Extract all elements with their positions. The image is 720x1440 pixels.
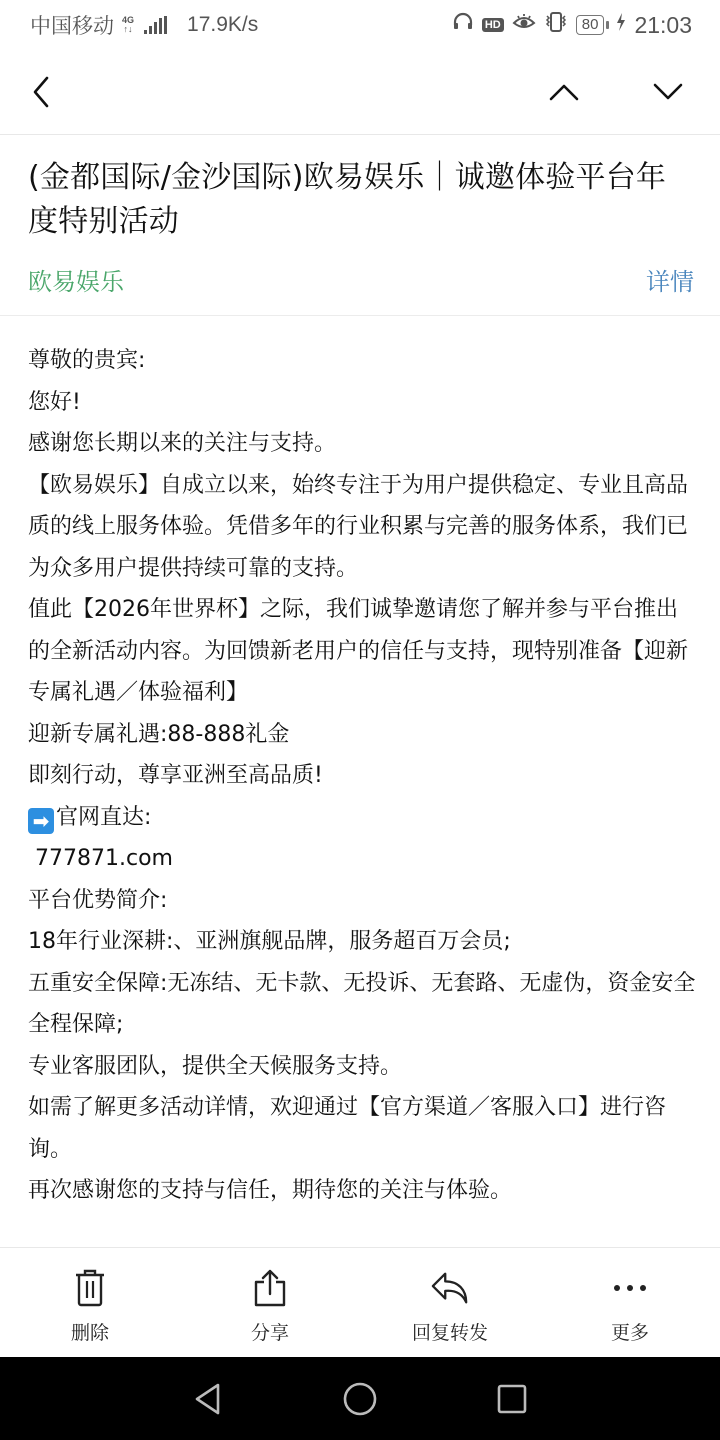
reply-forward-label: 回复转发 (412, 1318, 488, 1345)
sender-name[interactable]: 欧易娱乐 (28, 262, 124, 297)
details-link[interactable]: 详情 (646, 262, 694, 297)
battery-icon: 80 (576, 15, 605, 35)
network-type-icon: 4G↑↓ (122, 16, 134, 34)
share-label: 分享 (251, 1318, 289, 1345)
chevron-down-icon (652, 82, 684, 102)
body-line: 值此【2026年世界杯】之际，我们诚挚邀请您了解并参与平台推出的全新活动内容。为… (28, 589, 696, 714)
circle-home-icon (342, 1381, 378, 1417)
reply-icon (430, 1268, 470, 1308)
vibrate-icon (544, 11, 568, 39)
body-line: 即刻行动，尊享亚洲至高品质! (28, 755, 696, 797)
body-line: 【欧易娱乐】自成立以来，始终专注于为用户提供稳定、专业且高品质的线上服务体验。凭… (28, 465, 696, 590)
nav-home-button[interactable] (338, 1377, 382, 1421)
website-link[interactable]: 777871.com (28, 838, 696, 880)
body-line: 五重安全保障:无冻结、无卡款、无投诉、无套路、无虚伪，资金安全全程保障; (28, 963, 696, 1046)
triangle-back-icon (193, 1382, 223, 1416)
reply-forward-button[interactable]: 回复转发 (360, 1248, 540, 1357)
bottom-action-bar: 删除 分享 回复转发 更多 (0, 1247, 720, 1357)
more-button[interactable]: 更多 (540, 1248, 720, 1357)
body-line: 18年行业深耕:、亚洲旗舰品牌，服务超百万会员; (28, 921, 696, 963)
signal-strength-icon (144, 16, 167, 34)
body-line: 迎新专属礼遇:88-888礼金 (28, 714, 696, 756)
body-line: 您好! (28, 382, 696, 424)
top-toolbar (0, 50, 720, 135)
previous-email-button[interactable] (542, 70, 586, 114)
body-line: 如需了解更多活动详情，欢迎通过【官方渠道／客服入口】进行咨询。 (28, 1087, 696, 1170)
hd-icon: HD (482, 18, 504, 32)
official-site-label: 官网直达: (56, 805, 151, 830)
share-button[interactable]: 分享 (180, 1248, 360, 1357)
eye-comfort-icon (512, 12, 536, 38)
charging-icon (616, 13, 626, 37)
body-line: 感谢您长期以来的关注与支持。 (28, 423, 696, 465)
email-subject: (金都国际/金沙国际)欧易娱乐｜诚邀体验平台年度特别活动 (28, 156, 692, 244)
more-label: 更多 (611, 1318, 649, 1345)
delete-label: 删除 (71, 1318, 109, 1345)
email-meta: 欧易娱乐 详情 (28, 262, 694, 297)
body-line: 平台优势简介: (28, 880, 696, 922)
email-body: 尊敬的贵宾: 您好! 感谢您长期以来的关注与支持。 【欧易娱乐】自成立以来，始终… (28, 340, 696, 1212)
email-header: (金都国际/金沙国际)欧易娱乐｜诚邀体验平台年度特别活动 欧易娱乐 详情 (0, 136, 720, 316)
network-speed: 17.9K/s (187, 13, 258, 37)
next-email-button[interactable] (646, 70, 690, 114)
share-icon (250, 1268, 290, 1308)
status-bar: 中国移动 4G↑↓ 17.9K/s HD 80 21:03 (0, 0, 720, 50)
back-button[interactable] (20, 70, 64, 114)
body-line: 专业客服团队，提供全天候服务支持。 (28, 1046, 696, 1088)
body-line: 再次感谢您的支持与信任，期待您的关注与体验。 (28, 1170, 696, 1212)
arrow-right-icon: ➡ (28, 808, 54, 834)
body-line: 尊敬的贵宾: (28, 340, 696, 382)
chevron-up-icon (548, 82, 580, 102)
body-line: ➡官网直达: (28, 797, 696, 839)
system-navigation-bar (0, 1357, 720, 1440)
chevron-left-icon (31, 75, 53, 109)
headset-icon (452, 12, 474, 38)
more-icon (610, 1268, 650, 1308)
trash-icon (70, 1268, 110, 1308)
nav-recents-button[interactable] (490, 1377, 534, 1421)
nav-back-button[interactable] (186, 1377, 230, 1421)
clock: 21:03 (634, 12, 692, 39)
carrier-name: 中国移动 (30, 10, 114, 40)
square-recents-icon (496, 1383, 528, 1415)
delete-button[interactable]: 删除 (0, 1248, 180, 1357)
